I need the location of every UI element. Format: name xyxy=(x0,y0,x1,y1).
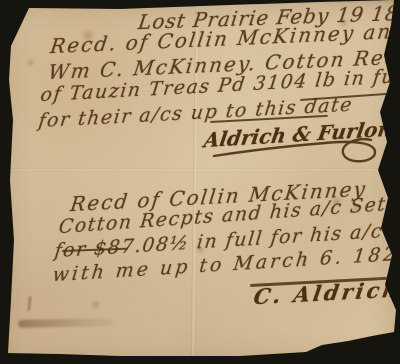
paper-edge-shading xyxy=(0,0,400,364)
document-paper: Lost Prairie Feby 19 1828 Recd. of Colli… xyxy=(0,0,400,364)
photo-background: Lost Prairie Feby 19 1828 Recd. of Colli… xyxy=(0,0,400,364)
